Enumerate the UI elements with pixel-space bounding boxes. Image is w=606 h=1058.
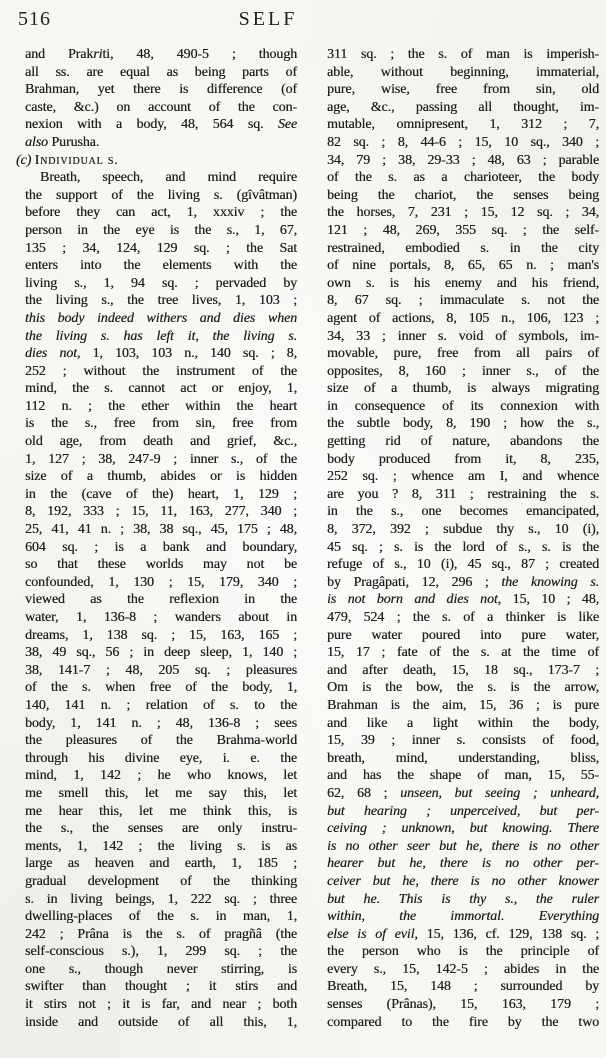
text-run: refuge of s., 10 (i), 45 sq., 87 ; creat… xyxy=(327,557,599,572)
text-run: Brahman, yet there is difference (of xyxy=(25,82,297,97)
text-run: 15, 39 ; inner s. consists of food, xyxy=(327,733,599,748)
text-line: hearer but he, there is no other per- xyxy=(327,855,599,873)
text-line: the support of the living s. (gîvâtman) xyxy=(25,187,297,205)
text-run: gradual development of the thinking xyxy=(25,874,297,889)
italic-text: within, the immortal. Everything xyxy=(327,909,599,924)
text-line: Om is the bow, the s. is the arrow, xyxy=(327,679,599,697)
text-line: but he. This is thy s., the ruler xyxy=(327,891,599,909)
text-run: in consequence of its connexion with xyxy=(327,399,599,414)
italic-text: is not born and dies not xyxy=(327,592,498,607)
text-run: 604 sq. ; is a bank and boundary, xyxy=(25,540,297,555)
text-run: nexion with a body, 48, 564 sq. xyxy=(25,117,278,132)
text-line: self-conscious s.), 1, 299 sq. ; the xyxy=(25,943,297,961)
page-title: SELF xyxy=(239,8,298,30)
text-line: inside and outside of all this, 1, xyxy=(25,1014,297,1032)
text-line: 38, 49 sq., 56 ; in deep sleep, 1, 140 ; xyxy=(25,644,297,662)
text-run: pure water poured into pure water, xyxy=(327,628,599,643)
text-line: 121 ; 48, 269, 355 sq. ; the self- xyxy=(327,222,599,240)
text-run: 8, 372, 392 ; subdue thy s., 10 (i), xyxy=(327,522,599,537)
text-line: ceiving ; unknown, but knowing. There xyxy=(327,820,599,838)
text-line: dies not, 1, 103, 103 n., 140 sq. ; 8, xyxy=(25,345,297,363)
text-line: the living s. has left it, the living s. xyxy=(25,328,297,346)
text-run: , 1, 103, 103 n., 140 sq. ; 8, xyxy=(77,346,297,361)
text-run: me smell this, let me say this, let xyxy=(25,786,297,801)
text-line: by Pragâpati, 12, 296 ; the knowing s. xyxy=(327,574,599,592)
text-line: old age, from death and grief, &c., xyxy=(25,433,297,451)
text-run: Breath, 15, 148 ; surrounded by xyxy=(327,979,599,994)
text-line: Brahman is the aim, 15, 36 ; is pure xyxy=(327,697,599,715)
text-line: 34, 79 ; 38, 29-33 ; 48, 63 ; parable xyxy=(327,152,599,170)
text-line: 82 sq. ; 8, 44-6 ; 15, 10 sq., 340 ; xyxy=(327,134,599,152)
text-run: 8, 192, 333 ; 15, 11, 163, 277, 340 ; xyxy=(25,504,297,519)
text-line: large as heaven and earth, 1, 185 ; xyxy=(25,855,297,873)
text-line: within, the immortal. Everything xyxy=(327,908,599,926)
text-line: through his divine eye, i. e. the xyxy=(25,750,297,768)
text-line: getting rid of nature, abandons the xyxy=(327,433,599,451)
text-run: 25, 41, 41 n. ; 38, 38 sq., 45, 175 ; 48… xyxy=(25,522,297,537)
text-line: it stirs not ; it is far, and near ; bot… xyxy=(25,996,297,1014)
text-line: the person who is the principle of xyxy=(327,943,599,961)
text-run: so that these worlds may not be xyxy=(25,557,297,572)
text-run: mutable, omnipresent, 1, 312 ; 7, xyxy=(327,117,599,132)
text-line: is no other seer but he, there is no oth… xyxy=(327,838,599,856)
text-line: 112 n. ; the ether within the heart xyxy=(25,398,297,416)
text-line: enters into the elements with the xyxy=(25,257,297,275)
text-line: viewed as the reflexion in the xyxy=(25,591,297,609)
text-line: 604 sq. ; is a bank and boundary, xyxy=(25,539,297,557)
text-line: 479, 524 ; the s. of a thinker is like xyxy=(327,609,599,627)
text-run: 242 ; Prâna is the s. of pragñâ (the xyxy=(25,927,297,942)
text-run: old age, from death and grief, &c., xyxy=(25,434,297,449)
text-run: 135 ; 34, 124, 129 sq. ; the Sat xyxy=(25,241,297,256)
italic-text: this body indeed withers and dies when xyxy=(25,311,297,326)
text-run: 479, 524 ; the s. of a thinker is like xyxy=(327,610,599,625)
text-line: water, 1, 136-8 ; wanders about in xyxy=(25,609,297,627)
text-run: dreams, 1, 138 sq. ; 15, 163, 165 ; xyxy=(25,628,297,643)
book-page-scan: 516 SELF and Prakriti, 48, 490-5 ; thoug… xyxy=(0,0,606,1058)
text-line: 38, 141-7 ; 48, 205 sq. ; pleasures xyxy=(25,662,297,680)
text-run: restrained, embodied s. in the city xyxy=(327,241,599,256)
text-run: and like a light within the body, xyxy=(327,716,599,731)
text-line: before they can act, 1, xxxiv ; the xyxy=(25,204,297,222)
text-run: and after death, 15, 18 sq., 173-7 ; xyxy=(327,663,599,678)
text-line: agent of actions, 8, 105 n., 106, 123 ; xyxy=(327,310,599,328)
text-run: able, without beginning, immaterial, xyxy=(327,65,599,80)
text-run: size of a thumb, is always migrating xyxy=(327,381,599,396)
text-run: living s., 1, 94 sq. ; pervaded by xyxy=(25,276,297,291)
text-run: 15, 17 ; fate of the s. at the time of xyxy=(327,645,599,660)
text-line: 25, 41, 41 n. ; 38, 38 sq., 45, 175 ; 48… xyxy=(25,521,297,539)
text-run: Breath, speech, and mind require xyxy=(40,170,297,185)
text-line: restrained, embodied s. in the city xyxy=(327,240,599,258)
text-run: the pleasures of the Brahma-world xyxy=(25,733,297,748)
text-run: 45 sq. ; s. is the lord of s., s. is the xyxy=(327,540,599,555)
text-run: 34, 33 ; inner s. void of symbols, im- xyxy=(327,329,599,344)
text-line: 252 ; without the instrument of the xyxy=(25,363,297,381)
text-line: person in the eye is the s., 1, 67, xyxy=(25,222,297,240)
text-run: large as heaven and earth, 1, 185 ; xyxy=(25,856,297,871)
text-run: s. in living beings, 1, 222 sq. ; three xyxy=(25,892,297,907)
text-line: is the s., free from sin, free from xyxy=(25,415,297,433)
text-line: caste, &c.) on account of the con- xyxy=(25,99,297,117)
italic-text: (c) xyxy=(16,153,35,168)
text-line: mind, the s. cannot act or enjoy, 1, xyxy=(25,380,297,398)
text-run: body, 1, 141 n. ; 48, 136-8 ; sees xyxy=(25,716,297,731)
text-run: 252 ; without the instrument of the xyxy=(25,364,297,379)
text-run: pure, wise, free from sin, old xyxy=(327,82,599,97)
text-line: the subtle body, 8, 190 ; how the s., xyxy=(327,415,599,433)
text-run: of the s. when free of the body, 1, xyxy=(25,680,297,695)
small-caps-text: Individual s. xyxy=(35,153,119,168)
text-run: me hear this, let me think this, is xyxy=(25,804,297,819)
text-line: 8, 67 sq. ; immaculate s. not the xyxy=(327,292,599,310)
left-column: and Prakriti, 48, 490-5 ; thoughall ss. … xyxy=(25,46,297,1031)
text-run: being the chariot, the senses being xyxy=(327,188,599,203)
text-line: else is of evil, 15, 136, cf. 129, 138 s… xyxy=(327,926,599,944)
text-line: 252 sq. ; whence am I, and whence xyxy=(327,468,599,486)
text-line: body, 1, 141 n. ; 48, 136-8 ; sees xyxy=(25,715,297,733)
text-line: are you ? 8, 311 ; restraining the s. xyxy=(327,486,599,504)
italic-text: is no other seer but he, there is no oth… xyxy=(327,839,599,854)
text-run: and has the shape of man, 15, 55- xyxy=(327,768,599,783)
right-column: 311 sq. ; the s. of man is imperish-able… xyxy=(327,46,599,1031)
text-run: opposites, 8, 160 ; inner s., of the xyxy=(327,364,599,379)
text-run: getting rid of nature, abandons the xyxy=(327,434,599,449)
text-line: Breath, 15, 148 ; surrounded by xyxy=(327,978,599,996)
text-run: enters into the elements with the xyxy=(25,258,297,273)
text-line: 15, 39 ; inner s. consists of food, xyxy=(327,732,599,750)
text-line: is not born and dies not, 15, 10 ; 48, xyxy=(327,591,599,609)
text-run: 112 n. ; the ether within the heart xyxy=(25,399,297,414)
text-line: the s., the senses are only instru- xyxy=(25,820,297,838)
text-run: self-conscious s.), 1, 299 sq. ; the xyxy=(25,944,297,959)
text-run: mind, the s. cannot act or enjoy, 1, xyxy=(25,381,297,396)
text-line: all ss. are equal as being parts of xyxy=(25,64,297,82)
text-run: size of a thumb, abides or is hidden xyxy=(25,469,297,484)
text-line: ceiver but he, there is no other knower xyxy=(327,873,599,891)
text-line: mind, 1, 142 ; he who knows, let xyxy=(25,767,297,785)
text-line: own s. is his enemy and his friend, xyxy=(327,275,599,293)
text-run: caste, &c.) on account of the con- xyxy=(25,100,297,115)
text-line: so that these worlds may not be xyxy=(25,556,297,574)
text-line: one s., though never stirring, is xyxy=(25,961,297,979)
text-run: the horses, 7, 231 ; 15, 12 sq. ; 34, xyxy=(327,205,599,220)
text-run: and Prak xyxy=(25,47,93,62)
text-run: , 15, 136, cf. 129, 138 sq. ; xyxy=(414,927,599,942)
text-run: every s., 15, 142-5 ; abides in the xyxy=(327,962,599,977)
text-run: 311 sq. ; the s. of man is imperish- xyxy=(327,47,599,62)
text-line: senses (Prânas), 15, 163, 179 ; xyxy=(327,996,599,1014)
text-line: but hearing ; unperceived, but per- xyxy=(327,803,599,821)
text-line: me hear this, let me think this, is xyxy=(25,803,297,821)
text-run: person in the eye is the s., 1, 67, xyxy=(25,223,297,238)
text-line: dwelling-places of the s. in man, 1, xyxy=(25,908,297,926)
text-line: movable, pure, free from all pairs of xyxy=(327,345,599,363)
text-run: body produced from it, 8, 235, xyxy=(327,452,599,467)
text-run: Purusha. xyxy=(48,135,99,150)
text-line: in the s., one becomes emancipated, xyxy=(327,503,599,521)
text-run: senses (Prânas), 15, 163, 179 ; xyxy=(327,997,599,1012)
italic-text: dies not xyxy=(25,346,77,361)
italic-text: but hearing ; unperceived, but per- xyxy=(327,804,599,819)
text-line: every s., 15, 142-5 ; abides in the xyxy=(327,961,599,979)
text-run: breath, mind, understanding, bliss, xyxy=(327,751,599,766)
page-header: 516 SELF xyxy=(0,0,606,44)
text-line: Brahman, yet there is difference (of xyxy=(25,81,297,99)
text-run: in the (cave of the) heart, 1, 129 ; xyxy=(25,487,297,502)
italic-text: hearer but he, there is no other per- xyxy=(327,856,599,871)
italic-text: but he. This is thy s., the ruler xyxy=(327,892,599,907)
text-run: inside and outside of all this, 1, xyxy=(25,1015,297,1030)
italic-text: ceiver but he, there is no other knower xyxy=(327,874,599,889)
text-run: 62, 68 ; xyxy=(327,786,400,801)
text-run: compared to the fire by the two xyxy=(327,1015,599,1030)
text-line: opposites, 8, 160 ; inner s., of the xyxy=(327,363,599,381)
text-line: and after death, 15, 18 sq., 173-7 ; xyxy=(327,662,599,680)
text-line: swifter than thought ; it stirs and xyxy=(25,978,297,996)
text-run: 38, 49 sq., 56 ; in deep sleep, 1, 140 ; xyxy=(25,645,297,660)
text-line: the living s., the tree lives, 1, 103 ; xyxy=(25,292,297,310)
italic-text: ceiving ; unknown, but knowing. There xyxy=(327,821,599,836)
italic-text: unseen, but seeing ; unheard, xyxy=(400,786,599,801)
text-line: 62, 68 ; unseen, but seeing ; unheard, xyxy=(327,785,599,803)
text-line: dreams, 1, 138 sq. ; 15, 163, 165 ; xyxy=(25,627,297,645)
text-line: and like a light within the body, xyxy=(327,715,599,733)
text-line: breath, mind, understanding, bliss, xyxy=(327,750,599,768)
text-line: age, &c., passing all thought, im- xyxy=(327,99,599,117)
text-run: confounded, 1, 130 ; 15, 179, 340 ; xyxy=(25,575,297,590)
text-line: this body indeed withers and dies when xyxy=(25,310,297,328)
italic-text: See xyxy=(278,117,297,132)
text-run: Om is the bow, the s. is the arrow, xyxy=(327,680,599,695)
text-run: the subtle body, 8, 190 ; how the s., xyxy=(327,416,599,431)
text-line: pure water poured into pure water, xyxy=(327,627,599,645)
text-line: of nine portals, 8, 65, 65 n. ; man's xyxy=(327,257,599,275)
text-run: 140, 141 n. ; relation of s. to the xyxy=(25,698,297,713)
text-run: of the s. as a charioteer, the body xyxy=(327,170,599,185)
text-line: size of a thumb, abides or is hidden xyxy=(25,468,297,486)
italic-text: the knowing s. xyxy=(501,575,599,590)
text-line: me smell this, let me say this, let xyxy=(25,785,297,803)
text-line: mutable, omnipresent, 1, 312 ; 7, xyxy=(327,116,599,134)
text-line: 1, 127 ; 38, 247-9 ; inner s., of the xyxy=(25,451,297,469)
text-run: before they can act, 1, xxxiv ; the xyxy=(25,205,297,220)
text-line: of the s. when free of the body, 1, xyxy=(25,679,297,697)
text-line: (c) Individual s. xyxy=(16,152,297,170)
text-line: 311 sq. ; the s. of man is imperish- xyxy=(327,46,599,64)
text-run: movable, pure, free from all pairs of xyxy=(327,346,599,361)
text-run: through his divine eye, i. e. the xyxy=(25,751,297,766)
text-run: the person who is the principle of xyxy=(327,944,599,959)
text-run: ti, 48, 490-5 ; though xyxy=(102,47,297,62)
text-line: 8, 192, 333 ; 15, 11, 163, 277, 340 ; xyxy=(25,503,297,521)
text-line: body produced from it, 8, 235, xyxy=(327,451,599,469)
text-line: 45 sq. ; s. is the lord of s., s. is the xyxy=(327,539,599,557)
text-run: 34, 79 ; 38, 29-33 ; 48, 63 ; parable xyxy=(327,153,599,168)
text-line: compared to the fire by the two xyxy=(327,1014,599,1032)
text-run: viewed as the reflexion in the xyxy=(25,592,297,607)
text-run: own s. is his enemy and his friend, xyxy=(327,276,599,291)
text-run: mind, 1, 142 ; he who knows, let xyxy=(25,768,297,783)
text-run: of nine portals, 8, 65, 65 n. ; man's xyxy=(327,258,599,273)
text-line: in the (cave of the) heart, 1, 129 ; xyxy=(25,486,297,504)
text-columns: and Prakriti, 48, 490-5 ; thoughall ss. … xyxy=(0,46,606,1031)
text-run: age, &c., passing all thought, im- xyxy=(327,100,599,115)
text-run: 121 ; 48, 269, 355 sq. ; the self- xyxy=(327,223,599,238)
text-run: one s., though never stirring, is xyxy=(25,962,297,977)
text-line: the horses, 7, 231 ; 15, 12 sq. ; 34, xyxy=(327,204,599,222)
text-line: Breath, speech, and mind require xyxy=(25,169,297,187)
text-line: pure, wise, free from sin, old xyxy=(327,81,599,99)
text-line: living s., 1, 94 sq. ; pervaded by xyxy=(25,275,297,293)
text-line: of the s. as a charioteer, the body xyxy=(327,169,599,187)
text-line: 34, 33 ; inner s. void of symbols, im- xyxy=(327,328,599,346)
text-line: 140, 141 n. ; relation of s. to the xyxy=(25,697,297,715)
italic-text: ri xyxy=(93,47,102,62)
text-line: able, without beginning, immaterial, xyxy=(327,64,599,82)
text-run: water, 1, 136-8 ; wanders about in xyxy=(25,610,297,625)
text-run: Brahman is the aim, 15, 36 ; is pure xyxy=(327,698,599,713)
text-line: nexion with a body, 48, 564 sq. See xyxy=(25,116,297,134)
text-line: 15, 17 ; fate of the s. at the time of xyxy=(327,644,599,662)
text-run: 1, 127 ; 38, 247-9 ; inner s., of the xyxy=(25,452,297,467)
text-run: it stirs not ; it is far, and near ; bot… xyxy=(25,997,297,1012)
text-run: ments, 1, 142 ; the living s. is as xyxy=(25,839,297,854)
text-run: are you ? 8, 311 ; restraining the s. xyxy=(327,487,599,502)
text-line: and Prakriti, 48, 490-5 ; though xyxy=(25,46,297,64)
text-run: is the s., free from sin, free from xyxy=(25,416,297,431)
text-run: 38, 141-7 ; 48, 205 sq. ; pleasures xyxy=(25,663,297,678)
italic-text: also xyxy=(25,135,48,150)
text-run: swifter than thought ; it stirs and xyxy=(25,979,297,994)
italic-text: else is of evil xyxy=(327,927,414,942)
text-line: ments, 1, 142 ; the living s. is as xyxy=(25,838,297,856)
italic-text: the living s. has left it, the living s. xyxy=(25,329,297,344)
text-line: 8, 372, 392 ; subdue thy s., 10 (i), xyxy=(327,521,599,539)
running-head: SELF xyxy=(0,8,606,31)
text-line: in consequence of its connexion with xyxy=(327,398,599,416)
text-run: dwelling-places of the s. in man, 1, xyxy=(25,909,297,924)
text-run: 252 sq. ; whence am I, and whence xyxy=(327,469,599,484)
text-run: the s., the senses are only instru- xyxy=(25,821,297,836)
text-line: being the chariot, the senses being xyxy=(327,187,599,205)
text-line: refuge of s., 10 (i), 45 sq., 87 ; creat… xyxy=(327,556,599,574)
text-line: confounded, 1, 130 ; 15, 179, 340 ; xyxy=(25,574,297,592)
text-run: by Pragâpati, 12, 296 ; xyxy=(327,575,501,590)
text-run: all ss. are equal as being parts of xyxy=(25,65,297,80)
text-run: 8, 67 sq. ; immaculate s. not the xyxy=(327,293,599,308)
text-run: , 15, 10 ; 48, xyxy=(498,592,599,607)
text-run: 82 sq. ; 8, 44-6 ; 15, 10 sq., 340 ; xyxy=(327,135,599,150)
text-line: gradual development of the thinking xyxy=(25,873,297,891)
text-line: and has the shape of man, 15, 55- xyxy=(327,767,599,785)
text-run: the living s., the tree lives, 1, 103 ; xyxy=(25,293,297,308)
text-line: 242 ; Prâna is the s. of pragñâ (the xyxy=(25,926,297,944)
text-line: size of a thumb, is always migrating xyxy=(327,380,599,398)
text-line: also Purusha. xyxy=(25,134,297,152)
text-run: in the s., one becomes emancipated, xyxy=(327,504,599,519)
text-line: the pleasures of the Brahma-world xyxy=(25,732,297,750)
text-line: s. in living beings, 1, 222 sq. ; three xyxy=(25,891,297,909)
text-run: agent of actions, 8, 105 n., 106, 123 ; xyxy=(327,311,599,326)
text-run: the support of the living s. (gîvâtman) xyxy=(25,188,297,203)
text-line: 135 ; 34, 124, 129 sq. ; the Sat xyxy=(25,240,297,258)
